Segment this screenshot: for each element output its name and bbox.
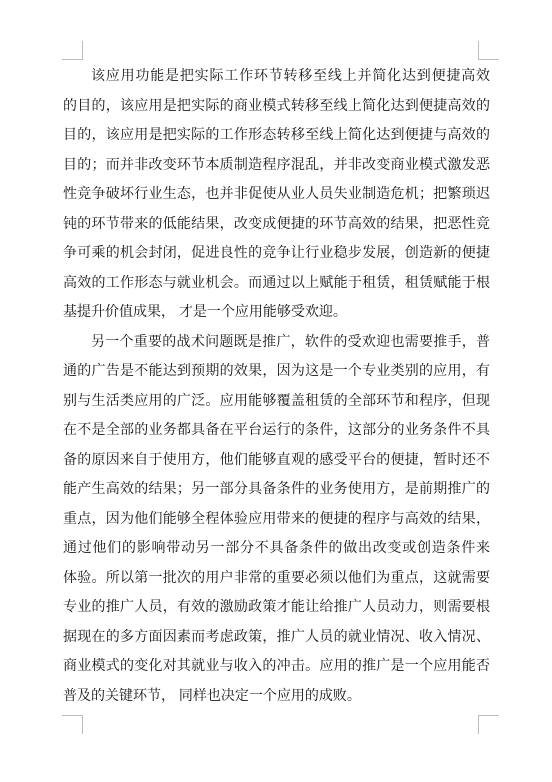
text-line: 在不是全部的业务都具备在平台运行的条件，这部分的业务条件不具 xyxy=(63,415,490,445)
document-page: 该应用功能是把实际工作环节转移至线上并简化达到便捷高效 的目的，该应用是把实际的… xyxy=(0,0,552,782)
text-line: 另一个重要的战术问题既是推广，软件的受欢迎也需要推手，普 xyxy=(63,327,490,357)
text-line: 通的广告是不能达到预期的效果，因为这是一个专业类别的应用，有 xyxy=(63,356,490,386)
text-line: 据现在的多方面因素而考虑政策，推广人员的就业情况、收入情况、 xyxy=(63,622,490,652)
text-line: 该应用功能是把实际工作环节转移至线上并简化达到便捷高效 xyxy=(63,61,490,91)
text-line: 基提升价值成果， 才是一个应用能够受欢迎。 xyxy=(63,297,490,327)
crop-mark-top-left xyxy=(62,41,83,60)
text-line: 争可乘的机会封闭，促进良性的竞争让行业稳步发展，创造新的便捷 xyxy=(63,238,490,268)
text-line: 体验。所以第一批次的用户非常的重要必须以他们为重点，这就需要 xyxy=(63,563,490,593)
text-line: 目的，该应用是把实际的工作形态转移至线上简化达到便捷与高效的 xyxy=(63,120,490,150)
text-line: 目的；而并非改变环节本质制造程序混乱，并非改变商业模式激发恶 xyxy=(63,150,490,180)
crop-mark-bottom-left xyxy=(62,715,83,734)
text-line: 重点，因为他们能够全程体验应用带来的便捷的程序与高效的结果， xyxy=(63,504,490,534)
text-line: 的目的，该应用是把实际的商业模式转移至线上简化达到便捷高效的 xyxy=(63,91,490,121)
text-line: 商业模式的变化对其就业与收入的冲击。应用的推广是一个应用能否 xyxy=(63,651,490,681)
text-line: 性竞争破坏行业生态，也并非促使从业人员失业制造危机；把繁琐迟 xyxy=(63,179,490,209)
text-line: 通过他们的影响带动另一部分不具备条件的做出改变或创造条件来 xyxy=(63,533,490,563)
text-body: 该应用功能是把实际工作环节转移至线上并简化达到便捷高效 的目的，该应用是把实际的… xyxy=(63,61,490,710)
text-line: 能产生高效的结果；另一部分具备条件的业务使用方，是前期推广的 xyxy=(63,474,490,504)
text-line: 高效的工作形态与就业机会。而通过以上赋能于租赁，租赁赋能于根 xyxy=(63,268,490,298)
text-line: 备的原因来自于使用方，他们能够直观的感受平台的便捷，暂时还不 xyxy=(63,445,490,475)
text-line: 普及的关键环节， 同样也决定一个应用的成败。 xyxy=(63,681,490,711)
paragraph-1: 该应用功能是把实际工作环节转移至线上并简化达到便捷高效 的目的，该应用是把实际的… xyxy=(63,61,490,327)
text-line: 专业的推广人员，有效的激励政策才能让给推广人员动力，则需要根 xyxy=(63,592,490,622)
paragraph-2: 另一个重要的战术问题既是推广，软件的受欢迎也需要推手，普 通的广告是不能达到预期… xyxy=(63,327,490,711)
text-line: 钝的环节带来的低能结果，改变成便捷的环节高效的结果，把恶性竞 xyxy=(63,209,490,239)
crop-mark-bottom-right xyxy=(478,715,499,734)
crop-mark-top-right xyxy=(478,41,499,60)
text-line: 别与生活类应用的广泛。应用能够覆盖租赁的全部环节和程序，但现 xyxy=(63,386,490,416)
